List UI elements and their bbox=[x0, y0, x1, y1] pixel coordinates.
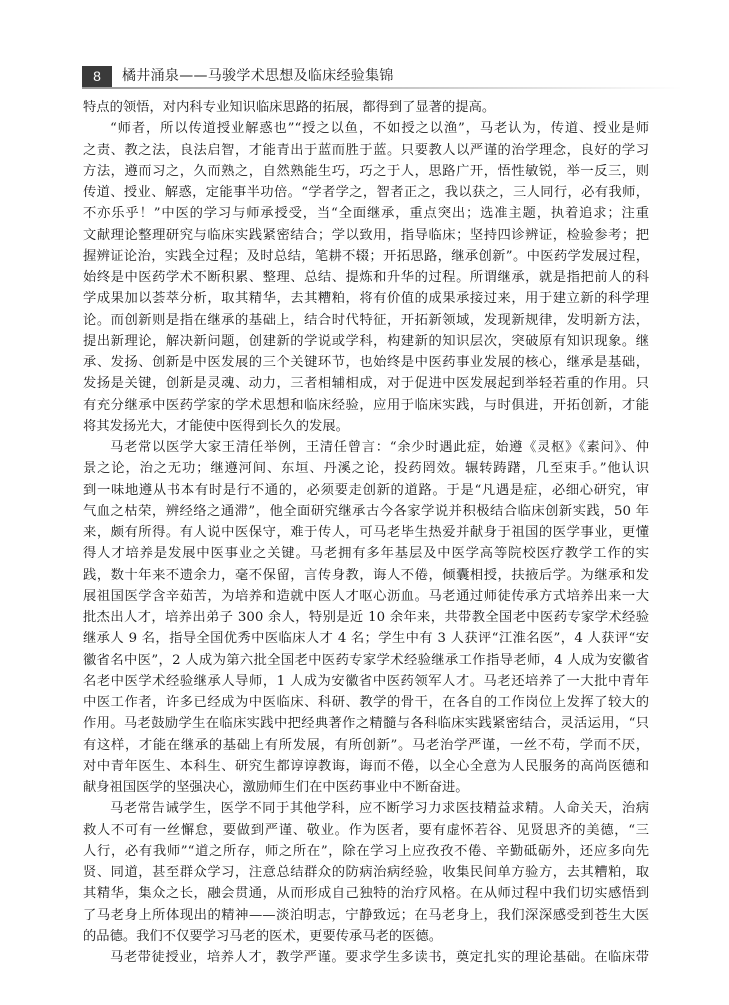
text-line: 其精华，集众之长，融会贯通，从而形成自己独特的治疗风格。在从师过程中我们切实感悟… bbox=[83, 883, 649, 904]
text-line: 有这样，才能在继承的基础上有所发展，有所创新”。马老治学严谨，一丝不苟，学而不厌… bbox=[83, 735, 649, 756]
text-line: 到一味地遵从书本有时是行不通的，必须要走创新的道路。于是“凡遇是症，必细心研究，… bbox=[83, 480, 649, 501]
paragraph: 马老常告诫学生，医学不同于其他学科，应不断学习力求医技精益求精。人命关天，治病 … bbox=[83, 798, 649, 947]
text-line: 对中青年医生、本科生、研究生都谆谆教诲，诲而不倦，以全心全意为人民服务的高尚医德… bbox=[83, 756, 649, 777]
text-line: 展祖国医学含辛茹苦，为培养和造就中医人才呕心沥血。马老通过师徒传承方式培养出来一… bbox=[83, 586, 649, 607]
text-line: 气血之枯荣，辨经络之通滞”，他全面研究继承古今各家学说并积极结合临床创新实践，5… bbox=[83, 501, 649, 522]
text-line: 批杰出人才，培养出弟子 300 余人，特别是近 10 余年来，共带教全国老中医药… bbox=[83, 607, 649, 628]
text-line: 得人才培养是发展中医事业之关键。马老拥有多年基层及中医学高等院校医疗教学工作的实 bbox=[83, 543, 649, 564]
text-line: 人行，必有我师”“道之所存，师之所在”，除在学习上应孜孜不倦、辛勤砥砺外，还应多… bbox=[83, 841, 649, 862]
text-line: 不亦乐乎！”中医的学习与师承授受，当“全面继承，重点突出；选准主题，执着追求；注… bbox=[83, 203, 649, 224]
text-line: 发扬是关键，创新是灵魂、动力，三者相辅相成，对于促进中医发展起到举轻若重的作用。… bbox=[83, 373, 649, 394]
body-text: 特点的领悟，对内科专业知识临床思路的拓展，都得到了显著的提高。 “师者，所以传道… bbox=[83, 97, 649, 968]
text-line: 贤、同道，甚至群众学习，注意总结群众的防病治病经验，收集民间单方验方，去其糟粕，… bbox=[83, 862, 649, 883]
text-line: 践，数十年来不遗余力，毫不保留，言传身教，诲人不倦，倾囊相授，扶掖后学。为继承和… bbox=[83, 565, 649, 586]
text-line: 始终是中医药学术不断积累、整理、总结、提炼和升华的过程。所谓继承，就是指把前人的… bbox=[83, 267, 649, 288]
text-line: 继承人 9 名，指导全国优秀中医临床人才 4 名；学生中有 3 人获评“江淮名医… bbox=[83, 628, 649, 649]
paragraph: 马老常以医学大家王清任举例，王清任曾言：“余少时遇此症，始遵《灵枢》《素问》、仲… bbox=[83, 437, 649, 798]
paragraph: “师者，所以传道授业解惑也”“授之以鱼，不如授之以渔”，马老认为，传道、授业是师… bbox=[83, 118, 649, 437]
text-line: 景之论，治之无功；继遵河间、东垣、丹溪之论，投药罔效。辗转踌躇，几至束手。”他认… bbox=[83, 458, 649, 479]
text-line: 论。而创新则是指在继承的基础上，结合时代特征，开拓新领域，发现新规律，发明新方法… bbox=[83, 310, 649, 331]
text-line: 献身祖国医学的坚强决心，激励师生们在中医药事业中不断奋进。 bbox=[83, 777, 649, 798]
paragraph: 特点的领悟，对内科专业知识临床思路的拓展，都得到了显著的提高。 bbox=[83, 97, 649, 118]
text-line: 马老常以医学大家王清任举例，王清任曾言：“余少时遇此症，始遵《灵枢》《素问》、仲 bbox=[83, 437, 649, 458]
text-line: 了马老身上所体现出的精神——淡泊明志，宁静致远；在马老身上，我们深深感受到苍生大… bbox=[83, 905, 649, 926]
text-line: 徽省名中医”，2 人成为第六批全国老中医药专家学术经验继承工作指导老师，4 人成… bbox=[83, 650, 649, 671]
text-line: 之责、教之法，良法启智，才能青出于蓝而胜于蓝。只要教人以严谨的治学理念，良好的学… bbox=[83, 140, 649, 161]
text-line: 中医工作者，许多已经成为中医临床、科研、教学的骨干，在各自的工作岗位上发挥了较大… bbox=[83, 692, 649, 713]
paragraph: 马老带徒授业，培养人才，教学严谨。要求学生多读书，奠定扎实的理论基础。在临床带 bbox=[83, 947, 649, 968]
text-line: 握辨证论治，实践全过程；及时总结，笔耕不辍；开拓思路，继承创新”。中医药学发展过… bbox=[83, 246, 649, 267]
header-rule-divider bbox=[82, 87, 682, 89]
text-line: 马老常告诫学生，医学不同于其他学科，应不断学习力求医技精益求精。人命关天，治病 bbox=[83, 798, 649, 819]
text-line: 名老中医学术经验继承人导师，1 人成为安徽省中医药领军人才。马老还培养了一大批中… bbox=[83, 671, 649, 692]
text-line: 特点的领悟，对内科专业知识临床思路的拓展，都得到了显著的提高。 bbox=[83, 97, 649, 118]
text-line: 学成果加以荟萃分析，取其精华，去其糟粕，将有价值的成果承接过来，用于建立新的科学… bbox=[83, 288, 649, 309]
text-line: 的品德。我们不仅要学习马老的医术，更要传承马老的医德。 bbox=[83, 926, 649, 947]
text-line: 作用。马老鼓励学生在临床实践中把经典著作之精髓与各科临床实践紧密结合，灵活运用，… bbox=[83, 713, 649, 734]
text-line: 文献理论整理研究与临床实践紧密结合；学以致用，指导临床；坚持四诊辨证，检验参考；… bbox=[83, 225, 649, 246]
book-page: 8 橘井涌泉——马骏学术思想及临床经验集锦 特点的领悟，对内科专业知识临床思路的… bbox=[0, 0, 729, 1005]
text-line: 马老带徒授业，培养人才，教学严谨。要求学生多读书，奠定扎实的理论基础。在临床带 bbox=[83, 947, 649, 968]
text-line: 提出新理论，解决新问题，创建新的学说或学科，构建新的知识层次，突破原有知识现象。… bbox=[83, 331, 649, 352]
text-line: “师者，所以传道授业解惑也”“授之以鱼，不如授之以渔”，马老认为，传道、授业是师 bbox=[83, 118, 649, 139]
page-number: 8 bbox=[82, 66, 112, 87]
running-header: 8 橘井涌泉——马骏学术思想及临床经验集锦 bbox=[82, 66, 682, 88]
running-title: 橘井涌泉——马骏学术思想及临床经验集锦 bbox=[122, 66, 394, 87]
text-line: 承、发扬、创新是中医发展的三个关键环节，也始终是中医药事业发展的核心，继承是基础… bbox=[83, 352, 649, 373]
text-line: 方法，遵而习之，久而熟之，自然熟能生巧，巧之于人，思路广开，悟性敏锐，举一反三，… bbox=[83, 161, 649, 182]
text-line: 来，颇有所得。有人说中医保守，难于传人，可马老毕生热爱并献身于祖国的医学事业，更… bbox=[83, 522, 649, 543]
text-line: 救人不可有一丝懈怠，要做到严谨、敬业。作为医者，要有虚怀若谷、见贤思齐的美德，“… bbox=[83, 820, 649, 841]
text-line: 有充分继承中医药学家的学术思想和临床经验，应用于临床实践，与时俱进，开拓创新，才… bbox=[83, 395, 649, 416]
text-line: 传道、授业、解惑，定能事半功倍。“学者学之，智者正之，我以获之，三人同行，必有我… bbox=[83, 182, 649, 203]
text-line: 将其发扬光大，才能使中医得到长久的发展。 bbox=[83, 416, 649, 437]
